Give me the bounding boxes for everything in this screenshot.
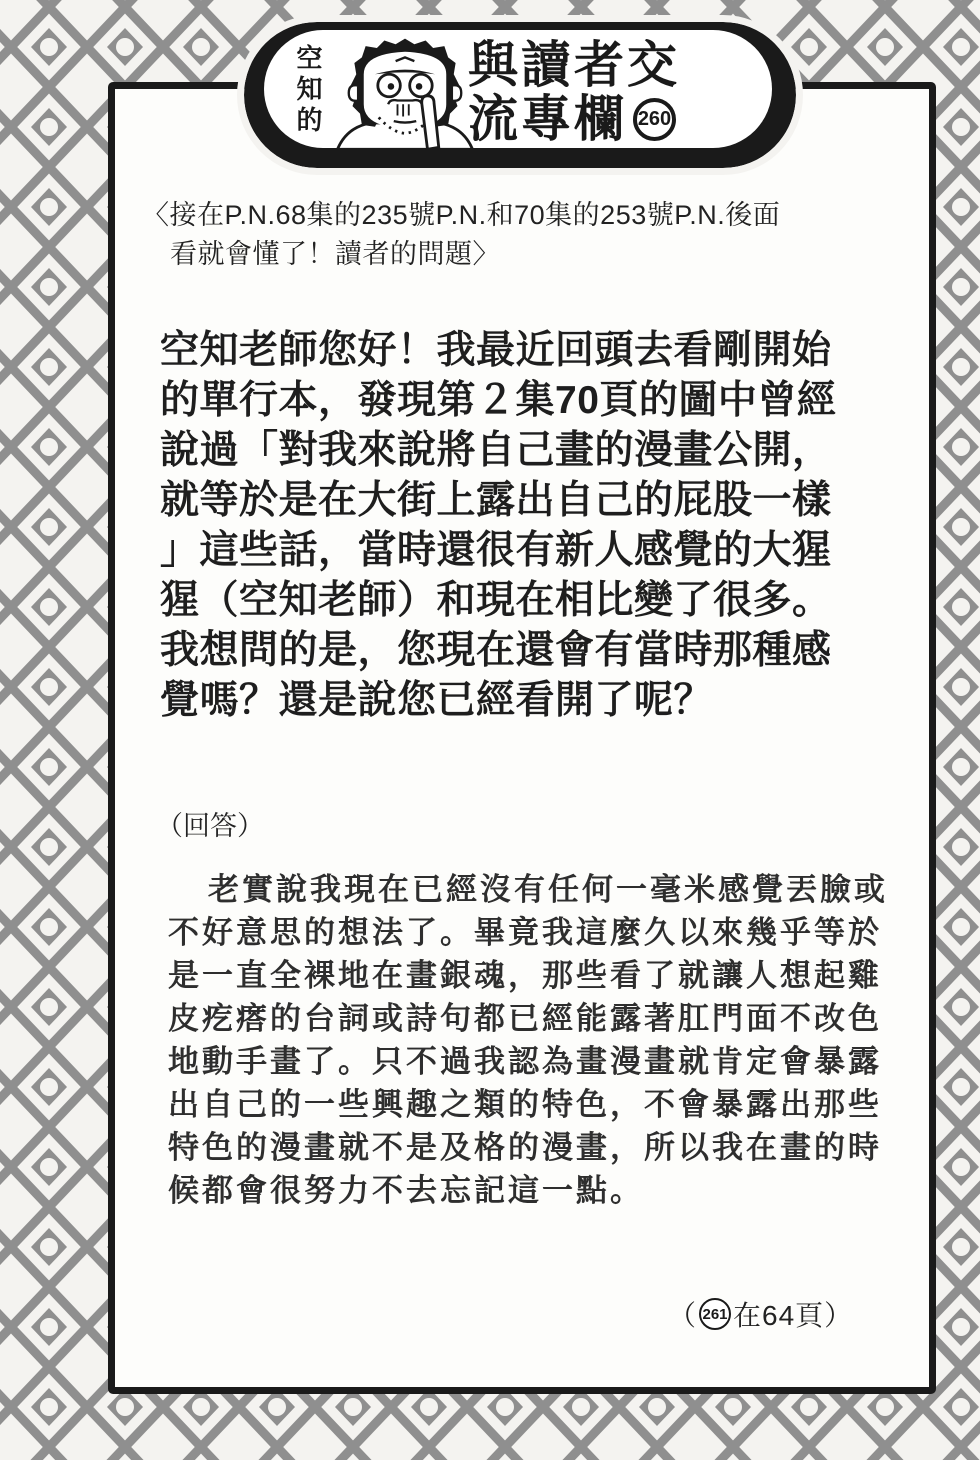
footer-open-paren: （	[668, 1294, 697, 1334]
column-header-capsule: 空知的	[244, 22, 796, 168]
answer-line: 不好意思的想法了。畢竟我這麼久以來幾乎等於	[168, 911, 908, 954]
question-line: 覺嗎？還是說您已經看開了呢？	[160, 676, 900, 726]
answer-line: 特色的漫畫就不是及格的漫畫，所以我在畫的時	[168, 1126, 908, 1169]
next-column-note: （ 261 在64頁）	[668, 1294, 853, 1334]
answer-label: （回答）	[156, 804, 264, 843]
question-reference-note: 〈接在P.N.68集的235號P.N.和70集的253號P.N.後面 看就會懂了…	[142, 196, 862, 274]
question-reference-line1: 〈接在P.N.68集的235號P.N.和70集的253號P.N.後面	[142, 196, 862, 235]
column-title-line1: 與讀者交	[468, 38, 680, 92]
question-line: 」這些話，當時還很有新人感覺的大猩	[160, 526, 900, 576]
author-name-vertical: 空知的	[290, 44, 327, 137]
author-answer-text: 老實說我現在已經沒有任何一毫米感覺丟臉或 不好意思的想法了。畢竟我這麼久以來幾乎…	[168, 868, 908, 1212]
question-line: 的單行本，發現第２集70頁的圖中曾經	[160, 376, 900, 426]
answer-line: 皮疙瘩的台詞或詩句都已經能露著肛門面不改色	[168, 997, 908, 1040]
reader-question-text: 空知老師您好！我最近回頭去看剛開始 的單行本，發現第２集70頁的圖中曾經 說過「…	[160, 326, 900, 726]
question-line: 猩（空知老師）和現在相比變了很多。	[160, 576, 900, 626]
answer-line: 是一直全裸地在畫銀魂，那些看了就讓人想起雞	[168, 954, 908, 997]
question-line: 我想問的是，您現在還會有當時那種感	[160, 626, 900, 676]
question-reference-line2: 看就會懂了！讀者的問題〉	[142, 235, 862, 274]
next-issue-number-badge: 261	[699, 1298, 731, 1330]
answer-line: 老實說我現在已經沒有任何一毫米感覺丟臉或	[168, 868, 908, 911]
question-line: 空知老師您好！我最近回頭去看剛開始	[160, 326, 900, 376]
question-line: 就等於是在大街上露出自己的屁股一樣	[160, 476, 900, 526]
question-line: 說過「對我來說將自己畫的漫畫公開，	[160, 426, 900, 476]
answer-line: 出自己的一些興趣之類的特色，不會暴露出那些	[168, 1083, 908, 1126]
column-title-line2: 流專欄	[468, 92, 627, 146]
issue-number-badge: 260	[633, 98, 676, 141]
answer-line: 地動手畫了。只不過我認為畫漫畫就肯定會暴露	[168, 1040, 908, 1083]
column-title: 與讀者交 流專欄 260	[468, 38, 680, 146]
column-header-inner: 空知的	[264, 30, 772, 148]
manga-page: 〈接在P.N.68集的235號P.N.和70集的253號P.N.後面 看就會懂了…	[0, 0, 980, 1460]
gorilla-face-icon	[330, 36, 480, 148]
footer-page-text: 在64頁）	[733, 1294, 853, 1334]
answer-line: 候都會很努力不去忘記這一點。	[168, 1169, 908, 1212]
